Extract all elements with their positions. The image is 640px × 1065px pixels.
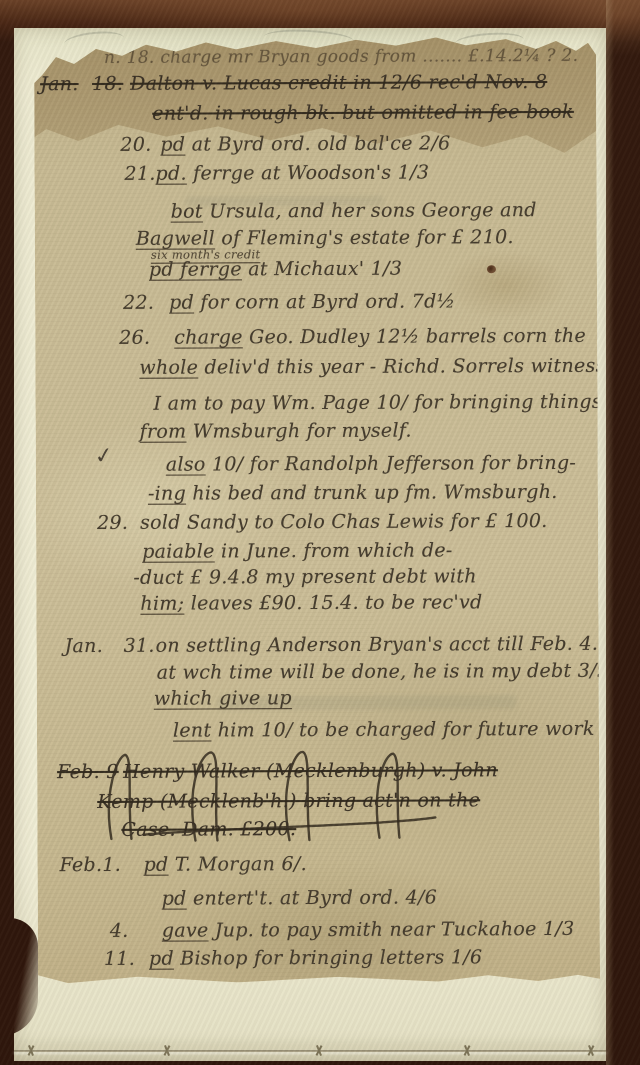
stitch-cross — [162, 1045, 171, 1056]
manuscript-line: -ing his bed and trunk up fm. Wmsburgh. — [148, 481, 558, 505]
album-backing-page: ✓ n. 18. charge mr Bryan goods from ....… — [14, 28, 606, 1061]
entry-month-label: Jan. — [65, 635, 104, 657]
manuscript-line: charge Geo. Dudley 12½ barrels corn the — [174, 325, 586, 349]
entry-day-number: 26. — [119, 327, 150, 349]
manuscript-sheet: ✓ n. 18. charge mr Bryan goods from ....… — [34, 35, 600, 987]
manuscript-line: which give up — [154, 687, 292, 710]
manuscript-line: lent him 10/ to be charged for future wo… — [173, 718, 595, 742]
manuscript-line: whole deliv'd this year - Richd. Sorrels… — [139, 355, 605, 379]
manuscript-line: Dalton v. Lucas credit in 12/6 rec'd Nov… — [130, 71, 547, 95]
manuscript-line: gave Jup. to pay smith near Tuckahoe 1/3 — [162, 918, 575, 942]
entry-day-number: 31. — [124, 635, 155, 657]
stitch-cross — [314, 1045, 323, 1056]
entry-month-label: Jan. — [40, 73, 79, 95]
manuscript-line: ent'd. in rough bk. but omitted in fee b… — [152, 101, 574, 125]
pencil-squiggle — [63, 29, 125, 53]
manuscript-line: pd for corn at Byrd ord. 7d½ — [169, 290, 455, 313]
book-cover-frame: ✓ n. 18. charge mr Bryan goods from ....… — [0, 0, 640, 1065]
entry-day-number: 11. — [104, 948, 135, 970]
manuscript-line: paiable in June. from which de- — [142, 539, 453, 562]
stitch-cross — [26, 1045, 35, 1056]
manuscript-line: pd Bishop for bringing letters 1/6 — [149, 946, 482, 969]
manuscript-line: also 10/ for Randolph Jefferson for brin… — [166, 452, 576, 476]
manuscript-line: at wch time will be done, he is in my de… — [157, 660, 610, 684]
entry-day-number: 20. — [120, 134, 151, 156]
manuscript-line: pd. ferrge at Woodson's 1/3 — [155, 162, 429, 185]
ink-blot — [487, 265, 496, 273]
manuscript-line: bot Ursula, and her sons George and — [171, 199, 537, 223]
manuscript-line: pd T. Morgan 6/. — [143, 853, 307, 876]
stitch-cross — [586, 1045, 595, 1056]
entry-day-number: 18. — [92, 73, 123, 95]
manuscript-line: pd entert't. at Byrd ord. 4/6 — [162, 886, 438, 909]
leather-edge-highlight — [606, 0, 616, 1065]
entry-month-label: Feb. 9 — [57, 761, 119, 783]
entry-day-number: 22. — [123, 292, 154, 314]
manuscript-line: him; leaves £90. 15.4. to be rec'vd — [140, 591, 482, 614]
manuscript-line: Case. Dam. £200. — [121, 818, 296, 841]
manuscript-line: Henry Walker (Mecklenburgh) v. John — [123, 759, 498, 783]
manuscript-line: n. 18. charge mr Bryan goods from ......… — [104, 45, 578, 69]
entry-month-label: Feb.1. — [59, 854, 121, 876]
entry-day-number: 29. — [97, 512, 128, 534]
manuscript-line: Kemp (Mecklenb'h.) bring act'n on the — [97, 789, 480, 813]
margin-checkmark: ✓ — [93, 443, 115, 470]
manuscript-line: sold Sandy to Colo Chas Lewis for £ 100. — [140, 510, 548, 534]
manuscript-line: on settling Anderson Bryan's acct till F… — [156, 633, 599, 657]
stitching-thread — [14, 1048, 606, 1054]
entry-day-number: 4. — [110, 920, 129, 942]
manuscript-line: I am to pay Wm. Page 10/ for bringing th… — [153, 391, 601, 415]
manuscript-line: -duct £ 9.4.8 my present debt with — [133, 565, 477, 588]
manuscript-line: from Wmsburgh for myself. — [140, 420, 412, 443]
stitch-cross — [462, 1045, 471, 1056]
manuscript-line: pd at Byrd ord. old bal'ce 2/6 — [160, 132, 450, 155]
manuscript-line: pd ferrge at Michaux' 1/3 — [149, 258, 402, 281]
entry-day-number: 21. — [124, 163, 155, 185]
